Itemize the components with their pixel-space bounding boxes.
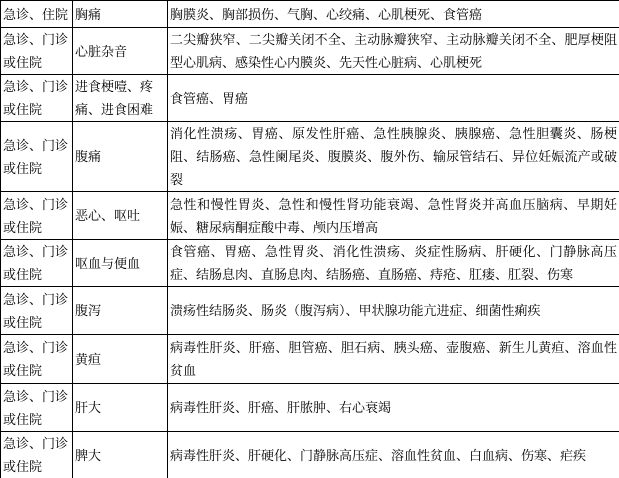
visit-type-cell: 急诊、门诊或住院: [1, 240, 73, 287]
symptom-cell: 脾大: [73, 432, 168, 478]
table-row: 急诊、门诊或住院 腹泻 溃疡性结肠炎、肠炎（腹泻病）、甲状腺功能亢进症、细菌性痢…: [1, 287, 619, 335]
diseases-cell: 消化性溃疡、胃癌、原发性肝癌、急性胰腺炎、胰腺癌、急性胆囊炎、肠梗阻、结肠癌、急…: [168, 122, 619, 192]
symptom-cell: 恶心、呕吐: [73, 192, 168, 240]
visit-type-cell: 急诊、门诊或住院: [1, 192, 73, 240]
diseases-cell: 二尖瓣狭窄、二尖瓣关闭不全、主动脉瓣狭窄、主动脉瓣关闭不全、肥厚梗阻型心肌病、感…: [168, 28, 619, 75]
visit-type-cell: 急诊、门诊或住院: [1, 384, 73, 432]
table-row: 急诊、门诊或住院 心脏杂音 二尖瓣狭窄、二尖瓣关闭不全、主动脉瓣狭窄、主动脉瓣关…: [1, 28, 619, 75]
visit-type-cell: 急诊、门诊或住院: [1, 287, 73, 335]
symptom-cell: 呕血与便血: [73, 240, 168, 287]
diseases-cell: 溃疡性结肠炎、肠炎（腹泻病）、甲状腺功能亢进症、细菌性痢疾: [168, 287, 619, 335]
table-row: 急诊、门诊或住院 肝大 病毒性肝炎、肝癌、肝脓肿、右心衰竭: [1, 384, 619, 432]
diseases-cell: 病毒性肝炎、肝癌、肝脓肿、右心衰竭: [168, 384, 619, 432]
document-page: 急诊、住院 胸痛 胸膜炎、胸部损伤、气胸、心绞痛、心肌梗死、食管癌 急诊、门诊或…: [0, 0, 619, 478]
visit-type-cell: 急诊、门诊或住院: [1, 122, 73, 192]
table-row: 急诊、门诊或住院 呕血与便血 食管癌、胃癌、急性胃炎、消化性溃疡、炎症性肠病、肝…: [1, 240, 619, 287]
diseases-cell: 病毒性肝炎、肝硬化、门静脉高压症、溶血性贫血、白血病、伤寒、疟疾: [168, 432, 619, 478]
symptom-cell: 腹痛: [73, 122, 168, 192]
visit-type-cell: 急诊、门诊或住院: [1, 432, 73, 478]
table-row: 急诊、门诊或住院 进食梗噎、疼痛、进食困难 食管癌、胃癌: [1, 75, 619, 122]
symptom-disease-table: 急诊、住院 胸痛 胸膜炎、胸部损伤、气胸、心绞痛、心肌梗死、食管癌 急诊、门诊或…: [0, 0, 619, 478]
visit-type-cell: 急诊、住院: [1, 1, 73, 28]
symptom-cell: 黄疸: [73, 335, 168, 384]
symptom-cell: 心脏杂音: [73, 28, 168, 75]
symptom-cell: 腹泻: [73, 287, 168, 335]
visit-type-cell: 急诊、门诊或住院: [1, 75, 73, 122]
symptom-cell: 肝大: [73, 384, 168, 432]
diseases-cell: 食管癌、胃癌: [168, 75, 619, 122]
visit-type-cell: 急诊、门诊或住院: [1, 335, 73, 384]
table-row: 急诊、门诊或住院 黄疸 病毒性肝炎、肝癌、胆管癌、胆石病、胰头癌、壶腹癌、新生儿…: [1, 335, 619, 384]
diseases-cell: 胸膜炎、胸部损伤、气胸、心绞痛、心肌梗死、食管癌: [168, 1, 619, 28]
visit-type-cell: 急诊、门诊或住院: [1, 28, 73, 75]
diseases-cell: 食管癌、胃癌、急性胃炎、消化性溃疡、炎症性肠病、肝硬化、门静脉高压症、结肠息肉、…: [168, 240, 619, 287]
diseases-cell: 病毒性肝炎、肝癌、胆管癌、胆石病、胰头癌、壶腹癌、新生儿黄疸、溶血性贫血: [168, 335, 619, 384]
table-row: 急诊、门诊或住院 脾大 病毒性肝炎、肝硬化、门静脉高压症、溶血性贫血、白血病、伤…: [1, 432, 619, 478]
symptom-cell: 进食梗噎、疼痛、进食困难: [73, 75, 168, 122]
table-row: 急诊、门诊或住院 恶心、呕吐 急性和慢性胃炎、急性和慢性肾功能衰竭、急性肾炎并高…: [1, 192, 619, 240]
table-row: 急诊、门诊或住院 腹痛 消化性溃疡、胃癌、原发性肝癌、急性胰腺炎、胰腺癌、急性胆…: [1, 122, 619, 192]
diseases-cell: 急性和慢性胃炎、急性和慢性肾功能衰竭、急性肾炎并高血压脑病、早期妊娠、糖尿病酮症…: [168, 192, 619, 240]
table-row: 急诊、住院 胸痛 胸膜炎、胸部损伤、气胸、心绞痛、心肌梗死、食管癌: [1, 1, 619, 28]
symptom-cell: 胸痛: [73, 1, 168, 28]
